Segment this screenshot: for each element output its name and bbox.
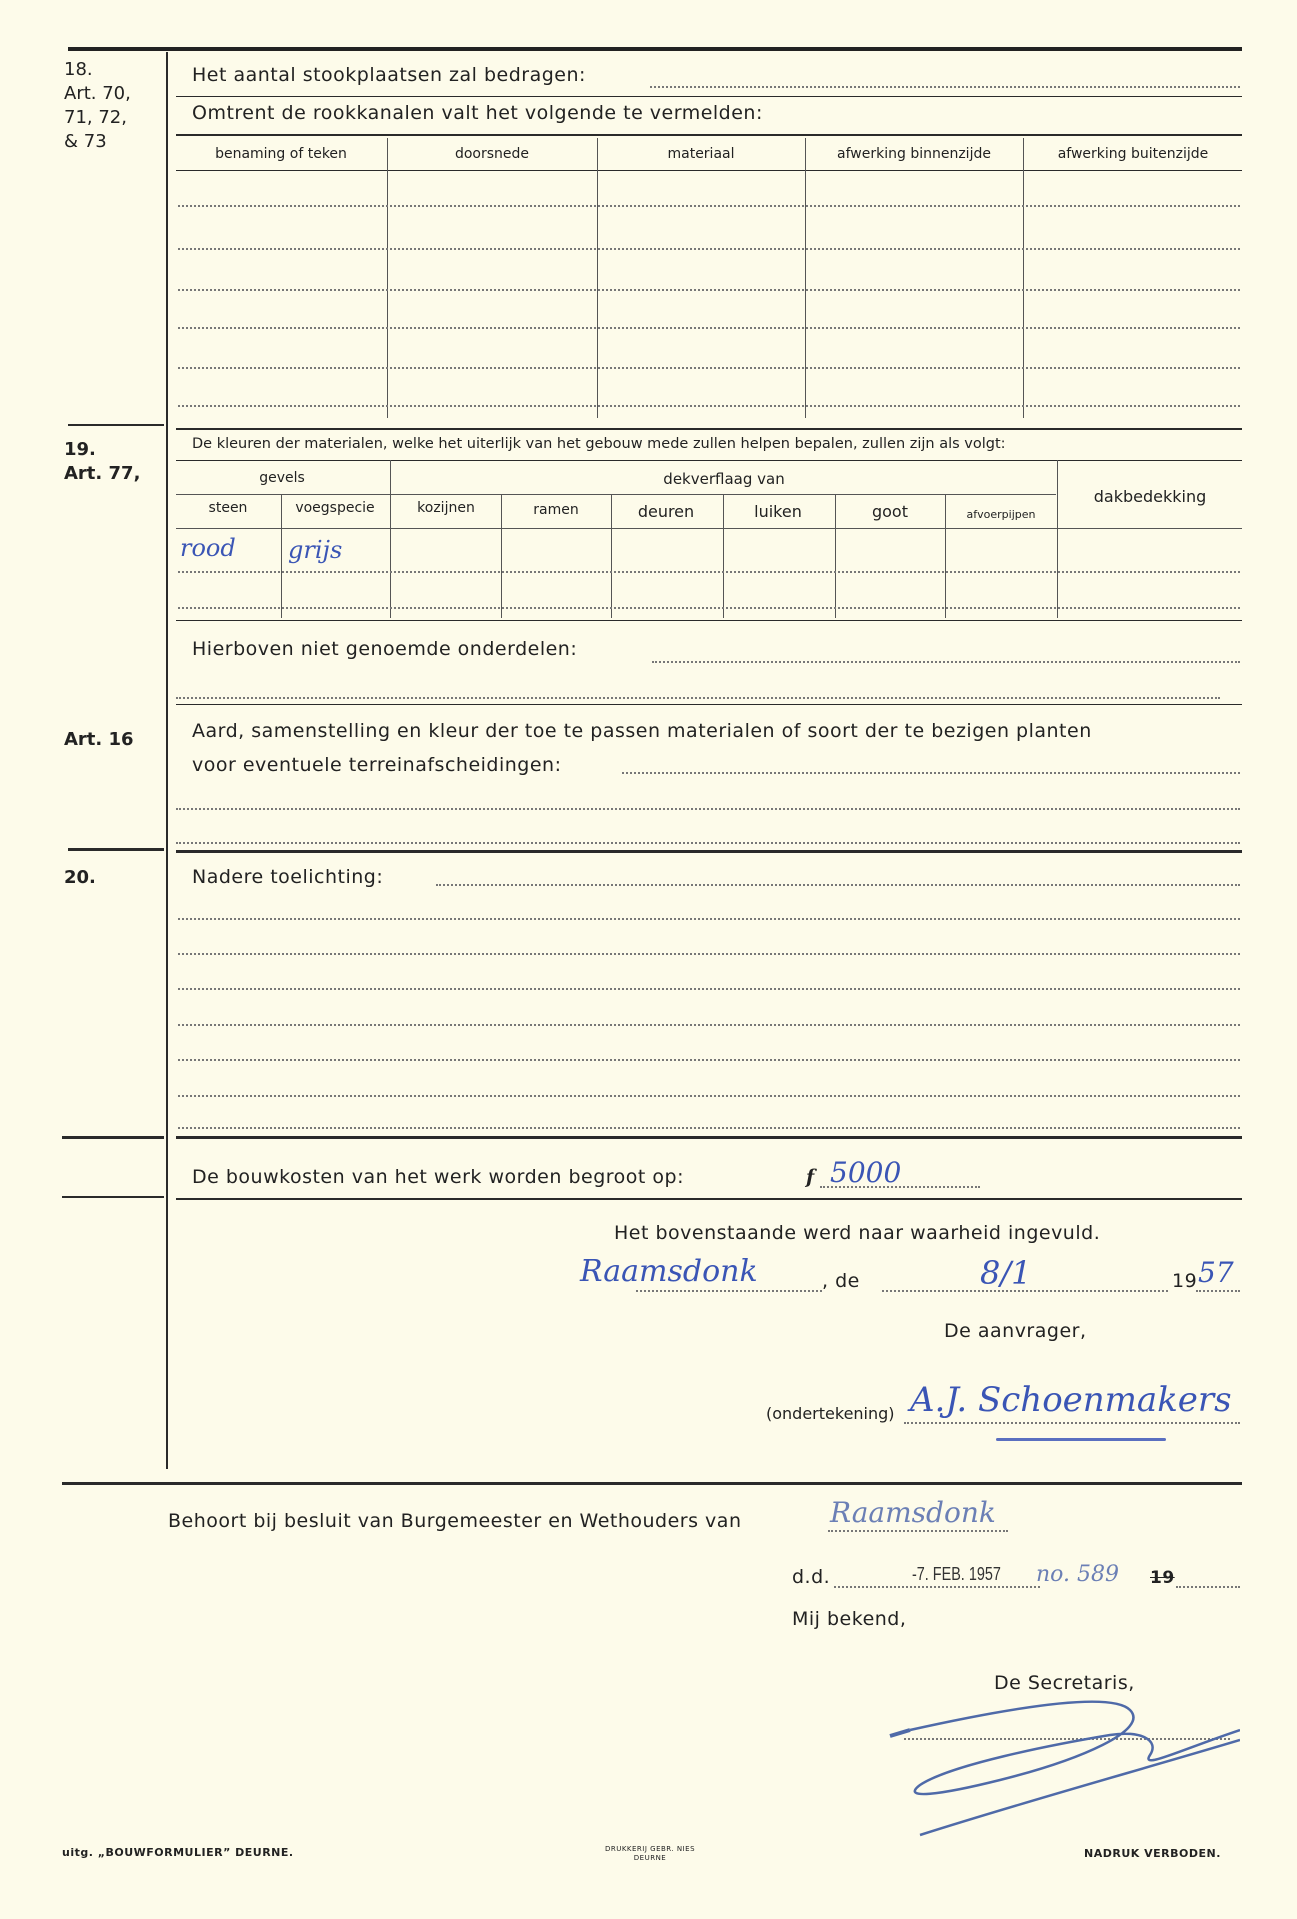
column-header-goot: goot xyxy=(836,502,944,521)
place-value[interactable]: Raamsdonk xyxy=(580,1254,758,1289)
column-header-voegspecie: voegspecie xyxy=(282,500,388,516)
section-divider xyxy=(176,1198,1242,1200)
table-header-divider xyxy=(176,170,1242,171)
art16-text-line1: Aard, samenstelling en kleur der toe te … xyxy=(192,720,1092,742)
column-header-benaming: benaming of teken xyxy=(176,146,386,162)
group-header-dekverflaag: dekverflaag van xyxy=(392,470,1056,488)
signature-label: (ondertekening) xyxy=(766,1404,895,1423)
secretary-signature xyxy=(880,1690,1240,1840)
column-divider xyxy=(945,494,946,618)
section-divider xyxy=(62,1482,1242,1485)
other-parts-field-line2[interactable] xyxy=(176,697,1220,699)
year-field[interactable] xyxy=(1196,1290,1240,1292)
dd-year-field[interactable] xyxy=(1176,1586,1240,1588)
column-header-doorsnede: doorsnede xyxy=(388,146,596,162)
decision-label: Behoort bij besluit van Burgemeester en … xyxy=(168,1510,741,1532)
stookplaatsen-label: Het aantal stookplaatsen zal bedragen: xyxy=(192,64,586,86)
section-divider xyxy=(176,850,1242,853)
colors-intro: De kleuren der materialen, welke het uit… xyxy=(192,436,1006,452)
known-label: Mij bekend, xyxy=(792,1608,906,1630)
dd-number[interactable]: no. 589 xyxy=(1036,1562,1119,1587)
section-20-number: 20. xyxy=(64,866,96,890)
de-label: , de xyxy=(822,1270,860,1292)
costs-value[interactable]: 5000 xyxy=(830,1156,901,1189)
toelichting-line[interactable] xyxy=(178,1127,1240,1129)
currency-symbol: f xyxy=(806,1166,815,1188)
table-row[interactable] xyxy=(178,571,1240,573)
column-divider xyxy=(390,460,391,618)
column-header-luiken: luiken xyxy=(724,502,832,521)
table-row[interactable] xyxy=(178,607,1240,609)
dd-field[interactable] xyxy=(834,1586,1040,1588)
municipality-field[interactable] xyxy=(828,1530,1008,1532)
art16-field[interactable] xyxy=(622,772,1240,774)
top-rule xyxy=(68,47,1242,51)
column-divider xyxy=(723,494,724,618)
row-divider xyxy=(176,704,1242,705)
column-header-materiaal: materiaal xyxy=(598,146,804,162)
art16-text-line2: voor eventuele terreinafscheidingen: xyxy=(192,754,561,776)
row-divider xyxy=(176,620,1242,621)
toelichting-line[interactable] xyxy=(178,988,1240,990)
year-prefix: 19 xyxy=(1172,1270,1197,1292)
place-field[interactable] xyxy=(636,1290,822,1292)
column-header-kozijnen: kozijnen xyxy=(392,500,500,516)
group-header-divider xyxy=(176,494,1056,495)
publisher-imprint: uitg. „BOUWFORMULIER” DEURNE. xyxy=(62,1846,294,1859)
applicant-label: De aanvrager, xyxy=(944,1320,1087,1342)
other-parts-field[interactable] xyxy=(652,661,1240,663)
section-19-number: 19. xyxy=(64,438,96,462)
section-divider xyxy=(176,1136,1242,1139)
column-header-ramen: ramen xyxy=(502,502,610,518)
column-divider xyxy=(835,494,836,618)
date-value[interactable]: 8/1 xyxy=(980,1254,1032,1292)
dd-stamp: -7. FEB. 1957 xyxy=(912,1564,1001,1585)
column-divider xyxy=(611,494,612,618)
toelichting-label: Nadere toelichting: xyxy=(192,866,383,888)
year-prefix-struck: 19 xyxy=(1150,1568,1175,1588)
column-header-afwerking-buiten: afwerking buitenzijde xyxy=(1024,146,1242,162)
column-divider xyxy=(805,138,806,418)
section-19-articles: Art. 77, xyxy=(64,462,140,486)
toelichting-line[interactable] xyxy=(178,953,1240,955)
column-header-afwerking-binnen: afwerking binnenzijde xyxy=(806,146,1022,162)
art16-field-line2[interactable] xyxy=(176,808,1240,810)
column-divider xyxy=(281,494,282,618)
printer-imprint-line1: DRUKKERIJ GEBR. NIES xyxy=(600,1845,700,1853)
art16-label: Art. 16 xyxy=(64,728,134,752)
row-divider xyxy=(176,460,1242,461)
toelichting-line[interactable] xyxy=(178,1095,1240,1097)
column-divider xyxy=(1023,138,1024,418)
section-divider xyxy=(68,424,164,426)
printer-imprint-line2: DEURNE xyxy=(600,1854,700,1862)
row-divider xyxy=(176,134,1242,136)
column-divider xyxy=(597,138,598,418)
table-header-divider xyxy=(176,528,1242,529)
column-header-dakbedekking: dakbedekking xyxy=(1058,487,1242,506)
toelichting-field[interactable] xyxy=(436,884,1240,886)
section-divider xyxy=(176,428,1242,430)
table-row[interactable] xyxy=(178,327,1240,329)
gutter-divider xyxy=(166,52,168,1469)
column-header-steen: steen xyxy=(176,500,280,516)
toelichting-line[interactable] xyxy=(178,1059,1240,1061)
column-divider xyxy=(1057,460,1058,618)
costs-label: De bouwkosten van het werk worden begroo… xyxy=(192,1166,684,1188)
declaration-text: Het bovenstaande werd naar waarheid inge… xyxy=(614,1222,1100,1244)
group-header-gevels: gevels xyxy=(176,470,388,486)
column-header-deuren: deuren xyxy=(612,502,720,521)
table-row[interactable] xyxy=(178,289,1240,291)
table-row[interactable] xyxy=(178,405,1240,407)
section-divider xyxy=(62,1196,164,1198)
column-divider xyxy=(387,138,388,418)
column-divider xyxy=(501,494,502,618)
toelichting-line[interactable] xyxy=(178,1024,1240,1026)
applicant-signature[interactable]: A.J. Schoenmakers xyxy=(910,1380,1232,1420)
dd-label: d.d. xyxy=(792,1566,830,1588)
table-row[interactable] xyxy=(178,367,1240,369)
municipality-value[interactable]: Raamsdonk xyxy=(830,1496,996,1529)
toelichting-line[interactable] xyxy=(178,918,1240,920)
row-divider xyxy=(176,96,1242,97)
section-18-articles: Art. 70, 71, 72, & 73 xyxy=(64,82,131,154)
stookplaatsen-field[interactable] xyxy=(650,86,1240,88)
signature-underline xyxy=(996,1438,1166,1441)
section-divider xyxy=(68,848,164,851)
table-row[interactable] xyxy=(178,205,1240,207)
table-row[interactable] xyxy=(178,248,1240,250)
column-header-afvoerpijpen: afvoerpijpen xyxy=(946,508,1056,521)
other-parts-label: Hierboven niet genoemde onderdelen: xyxy=(192,638,577,660)
section-divider xyxy=(62,1136,164,1139)
art16-field-line3[interactable] xyxy=(176,842,1240,844)
reprint-notice: NADRUK VERBODEN. xyxy=(1084,1847,1221,1860)
year-value[interactable]: 57 xyxy=(1198,1256,1234,1289)
rookkanalen-label: Omtrent de rookkanalen valt het volgende… xyxy=(192,102,763,124)
value-steen[interactable]: rood xyxy=(180,534,236,562)
section-18-number: 18. xyxy=(64,58,93,82)
value-voegspecie[interactable]: grijs xyxy=(288,536,342,564)
signature-field[interactable] xyxy=(904,1422,1240,1424)
